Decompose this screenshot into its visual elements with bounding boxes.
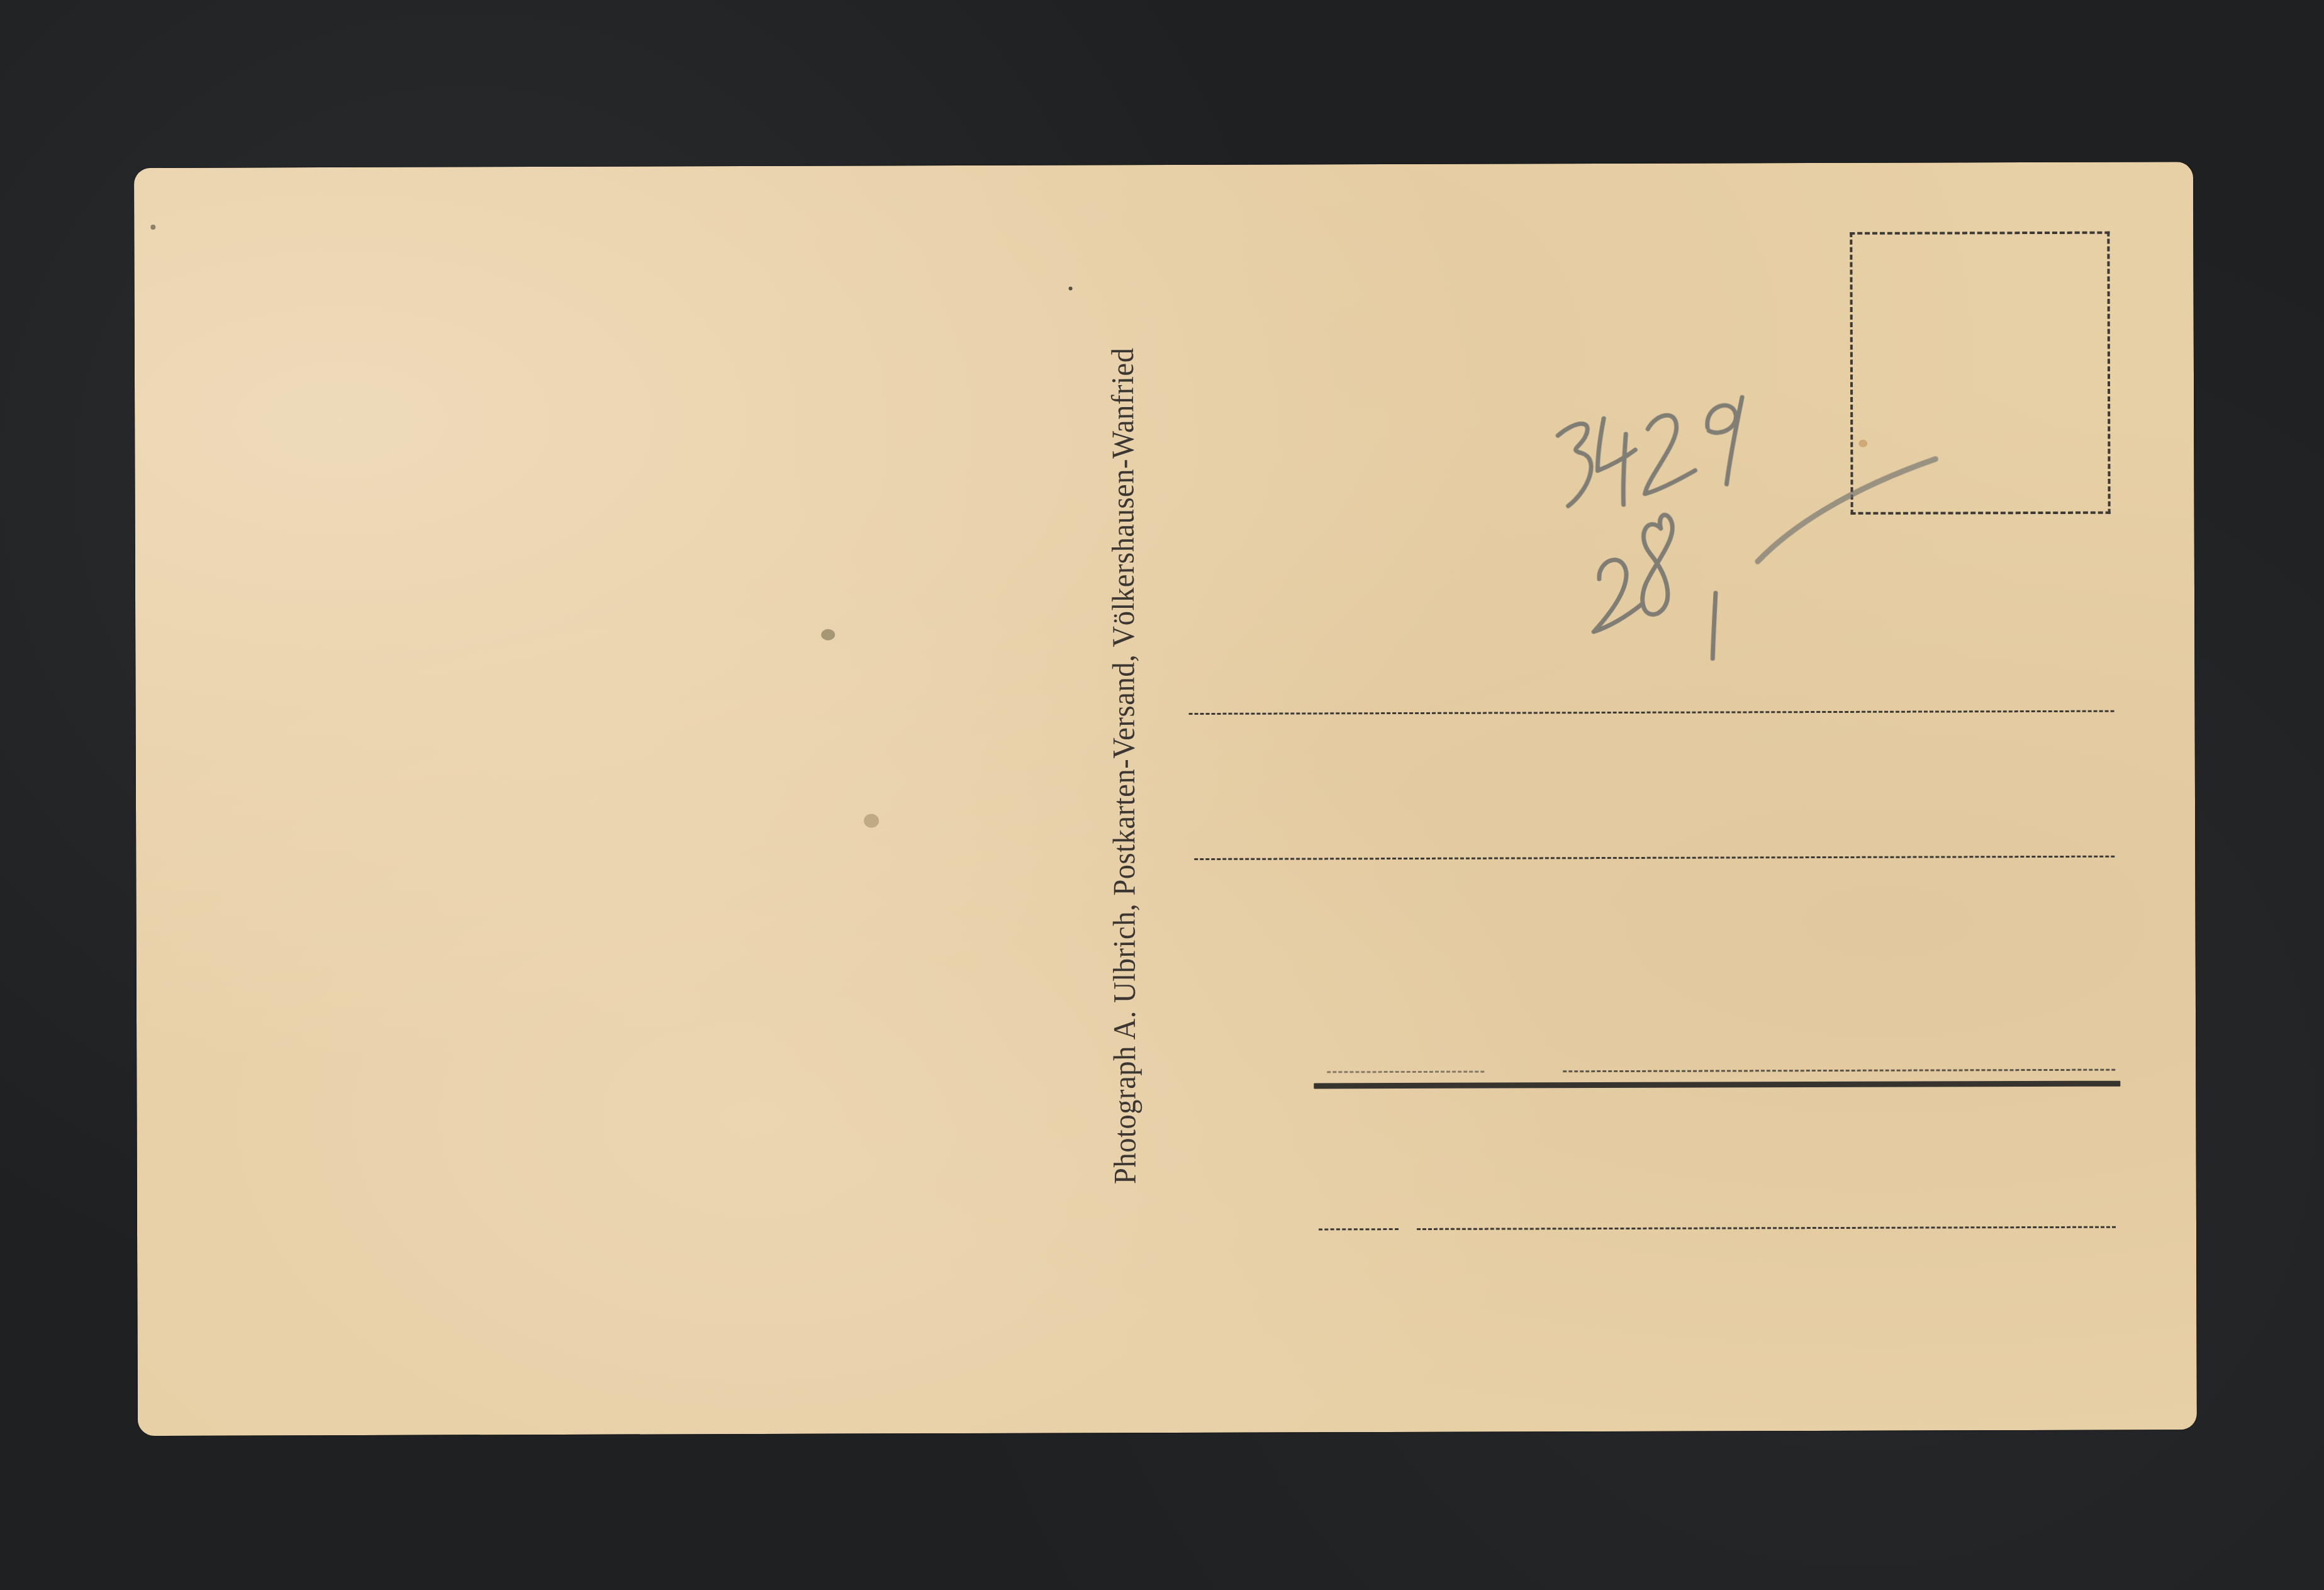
- publisher-imprint: Photograph A. Ulbrich, Postkarten-Versan…: [1107, 348, 1141, 1185]
- address-line-2: [1194, 856, 2115, 860]
- handwritten-digit-1: [1712, 593, 1716, 659]
- handwritten-note-28: 28: [1595, 635, 1596, 636]
- paper-stain: [821, 629, 835, 641]
- handwritten-note-3429: 3429: [1557, 515, 1559, 517]
- handwritten-digit-9: [1707, 397, 1743, 484]
- address-line-4-right: [1417, 1226, 2116, 1230]
- paper-stain: [864, 814, 879, 827]
- handwritten-note-1: 1: [1711, 660, 1712, 661]
- address-line-3-right: [1563, 1069, 2115, 1073]
- address-line-3-left: [1327, 1071, 1484, 1073]
- handwritten-digit-2: [1594, 560, 1642, 632]
- address-line-4-left: [1319, 1228, 1399, 1230]
- paper-stain: [1069, 287, 1073, 291]
- postcard: Photograph A. Ulbrich, Postkarten-Versan…: [134, 162, 2197, 1436]
- stamp-box: [1850, 232, 2110, 515]
- address-underline-thick: [1314, 1081, 2120, 1089]
- handwritten-digit-2: [1645, 415, 1695, 494]
- handwritten-digit-8: [1642, 515, 1672, 614]
- handwritten-digit-3: [1558, 423, 1591, 506]
- address-line-1: [1189, 710, 2115, 715]
- handwritten-digit-4: [1597, 418, 1635, 505]
- paper-stain: [150, 225, 155, 230]
